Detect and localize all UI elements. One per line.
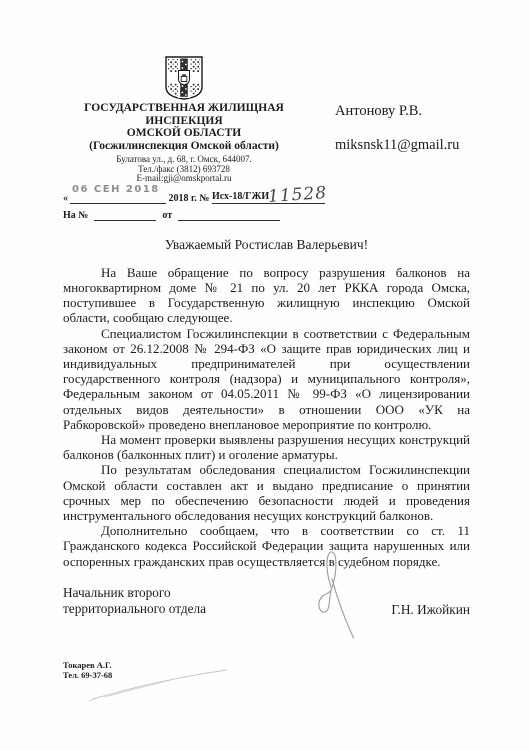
recipient-email: miksnsk11@gmail.ru: [335, 137, 459, 154]
body-paragraph-2: Специалистом Госжилинспекции в соответст…: [63, 326, 470, 432]
signer-position-line-2: территориального отдела: [63, 601, 206, 618]
recipient-block: Антонову Р.В. miksnsk11@gmail.ru: [335, 56, 459, 184]
outgoing-reference-line: «06 СЕН 2018 2018 г. № Исх-18/ГЖИ 11528: [63, 191, 473, 205]
date-stamp: 06 СЕН 2018: [72, 184, 160, 195]
open-quote-mark: «: [63, 193, 68, 204]
signature-block: Начальник второго территориального отдел…: [63, 585, 470, 618]
signer-position-line-1: Начальник второго: [63, 585, 206, 602]
recipient-name: Антонову Р.В.: [335, 103, 459, 120]
signer-name: Г.Н. Ижойкин: [391, 585, 470, 618]
org-name-line-2: ИНСПЕКЦИЯ: [55, 115, 313, 128]
incoming-reference-line: На №от: [63, 208, 473, 222]
scanned-letter-page: ГОСУДАРСТВЕННАЯ ЖИЛИЩНАЯ ИНСПЕКЦИЯ ОМСКО…: [0, 0, 530, 750]
org-name-line-4: (Госжилинспекция Омской области): [55, 140, 313, 153]
incoming-number-blank: [94, 208, 156, 221]
incoming-date-blank: [178, 208, 280, 221]
org-name-line-1: ГОСУДАРСТВЕННАЯ ЖИЛИЩНАЯ: [55, 102, 313, 115]
body-paragraph-3: На момент проверки выявлены разрушения н…: [63, 432, 470, 462]
signer-position: Начальник второго территориального отдел…: [63, 585, 206, 618]
body-paragraph-1: На Ваше обращение по вопросу разрушения …: [63, 265, 470, 326]
date-blank-line: 06 СЕН 2018: [70, 191, 166, 204]
letterhead: ГОСУДАРСТВЕННАЯ ЖИЛИЩНАЯ ИНСПЕКЦИЯ ОМСКО…: [0, 0, 530, 184]
outgoing-label: 2018 г. №: [169, 193, 210, 204]
pencil-scribble-mark: [75, 665, 235, 710]
body-paragraph-4: По результатам обследования специалистом…: [63, 462, 470, 523]
outgoing-number-handwritten: 11528: [267, 183, 327, 207]
from-label: от: [162, 210, 172, 221]
letter-body: На Ваше обращение по вопросу разрушения …: [63, 265, 470, 569]
handwritten-signature: [295, 543, 395, 658]
org-email: E-mail:gji@omskportal.ru: [55, 174, 313, 184]
reference-block: «06 СЕН 2018 2018 г. № Исх-18/ГЖИ 11528 …: [63, 191, 473, 222]
omsk-coat-of-arms-icon: [165, 56, 203, 100]
org-address-block: Булатова ул., д. 68, г. Омск, 644007. Те…: [55, 155, 313, 184]
greeting: Уважаемый Ростислав Валерьевич!: [63, 237, 470, 253]
org-name-line-3: ОМСКОЙ ОБЛАСТИ: [55, 127, 313, 140]
org-block: ГОСУДАРСТВЕННАЯ ЖИЛИЩНАЯ ИНСПЕКЦИЯ ОМСКО…: [55, 56, 313, 184]
incoming-label: На №: [63, 210, 88, 221]
body-paragraph-5: Дополнительно сообщаем, что в соответств…: [63, 523, 470, 569]
